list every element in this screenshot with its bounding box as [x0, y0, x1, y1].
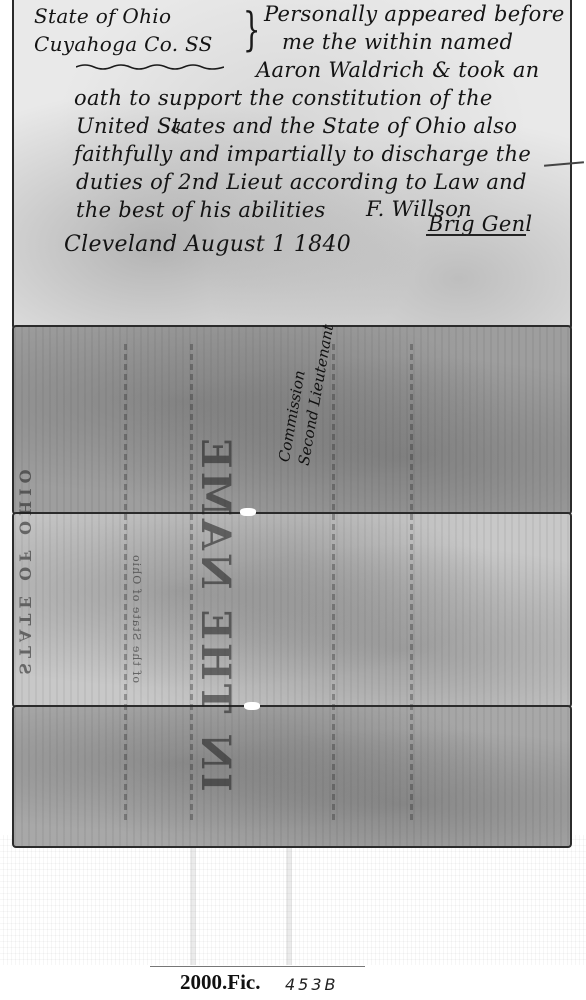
bleed-through-header: STATE OF OHIO [16, 464, 35, 674]
signature-title: Brig Genl [428, 212, 532, 236]
oath-line: Personally appeared before [264, 2, 565, 26]
bleed-through-title: IN THE NAME [192, 435, 239, 792]
brace-icon: } [243, 6, 261, 52]
oath-line: oath to support the constitution of the [74, 86, 493, 110]
scan-streak [190, 835, 196, 965]
scan-streak [286, 835, 292, 965]
document-page: State of Ohio Cuyahoga Co. SS } Personal… [12, 0, 572, 848]
oath-line: the best of his abilities [76, 198, 326, 222]
archive-number: 453B [285, 975, 339, 994]
oath-line: Aaron Waldrich & took an [256, 58, 539, 82]
bleed-through-text-column [124, 340, 127, 820]
archive-label: 2000.Fic. 453B [150, 966, 365, 1000]
oath-line: United States and the State of Ohio also [76, 114, 517, 138]
fold-mark [544, 161, 584, 166]
scan-noise-margin [0, 835, 586, 965]
fold-panel-oath: State of Ohio Cuyahoga Co. SS } Personal… [12, 0, 572, 330]
venue-county: Cuyahoga Co. SS [34, 32, 213, 56]
place-date: Cleveland August 1 1840 [64, 232, 351, 257]
oath-line: faithfully and impartially to discharge … [74, 142, 531, 166]
fold-panel-3 [12, 512, 572, 708]
bleed-through-text-column [410, 340, 413, 820]
flourish-underline-icon [76, 63, 224, 71]
venue-state: State of Ohio [34, 4, 171, 28]
fold-tear [244, 702, 260, 710]
archive-code: 2000.Fic. [180, 970, 260, 995]
fold-tear [240, 508, 256, 516]
bleed-through-subtitle: of the State of Ohio [130, 554, 143, 683]
oath-line: duties of 2nd Lieut according to Law and [76, 170, 527, 194]
fold-panel-4 [12, 705, 572, 848]
signature-underline [426, 234, 526, 236]
bleed-through-text-column [332, 340, 335, 820]
oath-line: me the within named [282, 30, 513, 54]
